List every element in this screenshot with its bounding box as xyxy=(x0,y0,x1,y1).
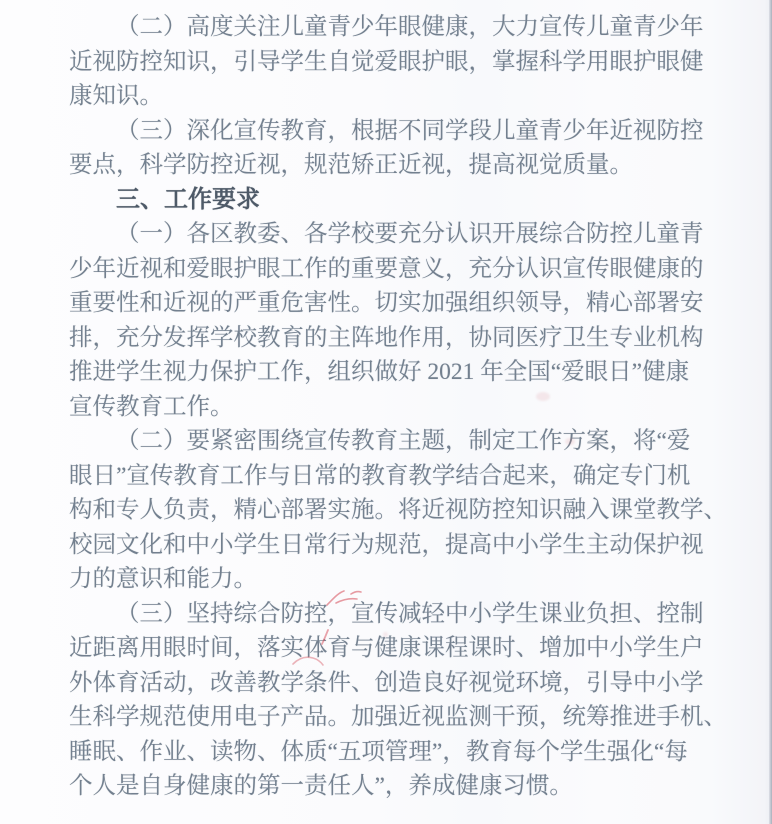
text-line: （二）高度关注儿童青少年眼健康，大力宣传儿童青少年 xyxy=(69,10,711,45)
text-line: 宣传教育工作。 xyxy=(69,390,711,425)
text-line: （二）要紧密围绕宣传教育主题，制定工作方案，将“爱 xyxy=(69,424,711,459)
text-line: 重要性和近视的严重危害性。切实加强组织领导，精心部署安 xyxy=(69,286,711,321)
text-line: 个人是自身健康的第一责任人”，养成健康习惯。 xyxy=(69,769,711,804)
text-line: （三）坚持综合防控，宣传减轻中小学生课业负担、控制 xyxy=(69,597,711,632)
section-heading: 三、工作要求 xyxy=(69,183,711,218)
text-line: （三）深化宣传教育，根据不同学段儿童青少年近视防控 xyxy=(69,114,711,149)
paragraph: （一）各区教委、各学校要充分认识开展综合防控儿童青 少年近视和爱眼护眼工作的重要… xyxy=(69,217,711,424)
red-smudge xyxy=(536,392,550,401)
text-line: 力的意识和能力。 xyxy=(69,562,711,597)
text-line: 眼日”宣传教育工作与日常的教育教学结合起来，确定专门机 xyxy=(69,459,711,494)
text-line: 推进学生视力保护工作，组织做好 2021 年全国“爱眼日”健康 xyxy=(69,355,711,390)
text-line: 要点，科学防控近视，规范矫正近视，提高视觉质量。 xyxy=(69,148,711,183)
text-line: 外体育活动，改善教学条件、创造良好视觉环境，引导中小学 xyxy=(69,666,711,701)
text-line: 近距离用眼时间，落实体育与健康课程课时、增加中小学生户 xyxy=(69,631,711,666)
text-line: 康知识。 xyxy=(69,79,711,114)
red-smudge xyxy=(383,632,388,637)
text-line: 构和专人负责，精心部署实施。将近视防控知识融入课堂教学、 xyxy=(69,493,711,528)
text-line: 生科学规范使用电子产品。加强近视监测干预，统筹推进手机、 xyxy=(69,700,711,735)
text-line: 排，充分发挥学校教育的主阵地作用，协同医疗卫生专业机构 xyxy=(69,321,711,356)
paragraph: （三）深化宣传教育，根据不同学段儿童青少年近视防控 要点，科学防控近视，规范矫正… xyxy=(69,114,711,183)
paragraph: （三）坚持综合防控，宣传减轻中小学生课业负担、控制 近距离用眼时间，落实体育与健… xyxy=(69,597,711,804)
scanned-document-page: （二）高度关注儿童青少年眼健康，大力宣传儿童青少年 近视防控知识，引导学生自觉爱… xyxy=(0,0,772,824)
paragraph: （二）要紧密围绕宣传教育主题，制定工作方案，将“爱 眼日”宣传教育工作与日常的教… xyxy=(69,424,711,597)
document-body: （二）高度关注儿童青少年眼健康，大力宣传儿童青少年 近视防控知识，引导学生自觉爱… xyxy=(69,10,711,804)
text-line: （一）各区教委、各学校要充分认识开展综合防控儿童青 xyxy=(69,217,711,252)
text-line: 校园文化和中小学生日常行为规范，提高中小学生主动保护视 xyxy=(69,528,711,563)
paragraph: （二）高度关注儿童青少年眼健康，大力宣传儿童青少年 近视防控知识，引导学生自觉爱… xyxy=(69,10,711,114)
text-line: 睡眠、作业、读物、体质“五项管理”，教育每个学生强化“每 xyxy=(69,735,711,770)
text-line: 近视防控知识，引导学生自觉爱眼护眼，掌握科学用眼护眼健 xyxy=(69,45,711,80)
red-smudge xyxy=(565,438,575,445)
text-line: 少年近视和爱眼护眼工作的重要意义，充分认识宣传眼健康的 xyxy=(69,252,711,287)
